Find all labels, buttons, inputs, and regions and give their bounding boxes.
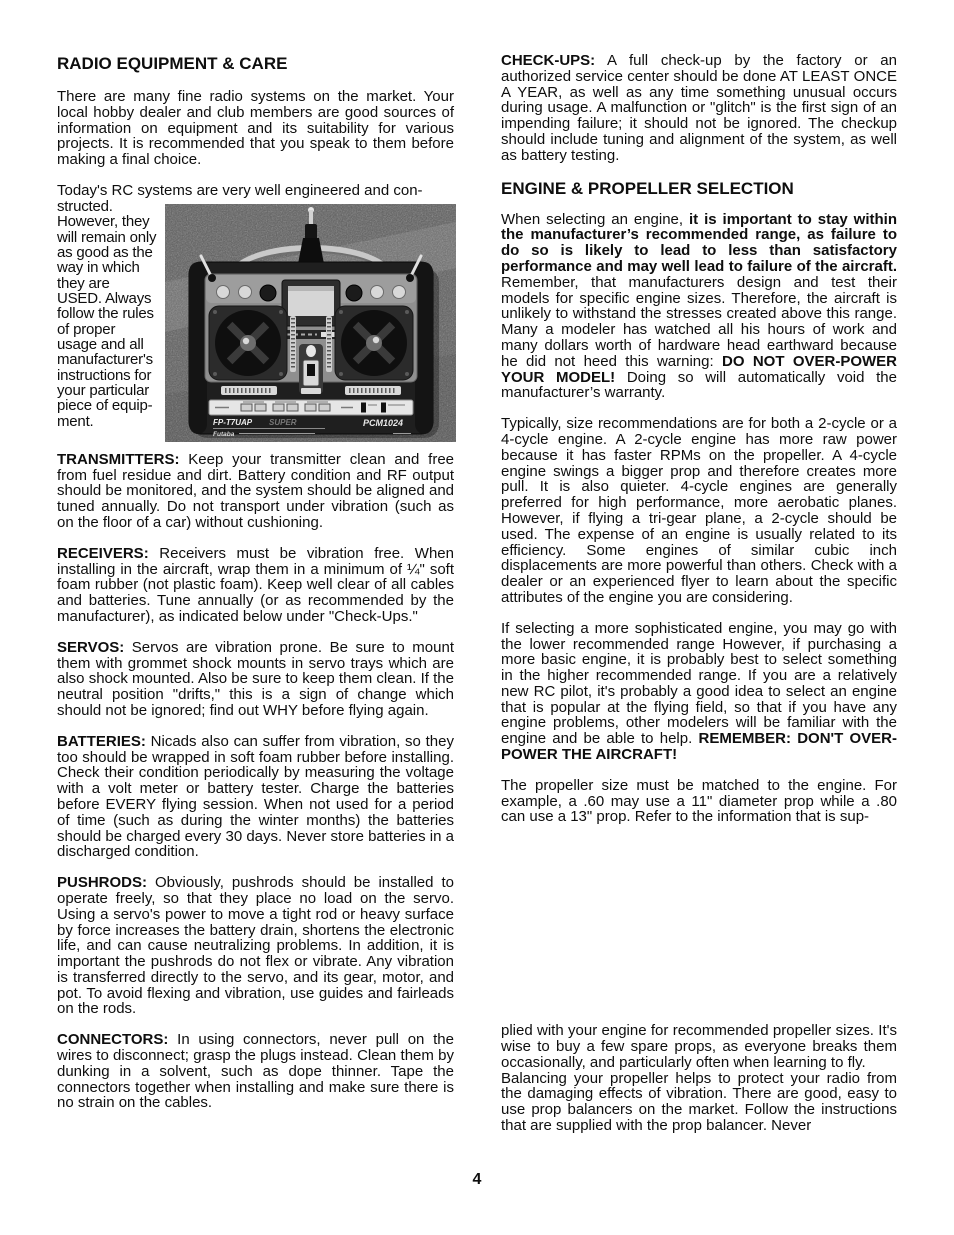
transmitter-variant-label: SUPER — [269, 418, 297, 427]
paragraph-cycle-recommendations: Typically, size recommendations are for … — [501, 416, 897, 606]
transmitter-model-label: FP-T7UAP — [213, 418, 253, 427]
engine-p1-normal1: When selecting an engine, — [501, 211, 689, 228]
document-page: RADIO EQUIPMENT & CARE There are many fi… — [0, 0, 954, 1235]
paragraph-radio-intro: There are many fine radio systems on the… — [57, 89, 454, 168]
page-number: 4 — [0, 1171, 954, 1189]
paragraph-today-line1: Today's RC systems are very well enginee… — [57, 183, 454, 199]
checkups-text: A full check-up by the factory or an aut… — [501, 52, 897, 164]
paragraph-propeller-size: The propeller size must be matched to th… — [501, 778, 897, 825]
servos-label: SERVOS: — [57, 639, 124, 656]
transmitter-brand-label: Futaba — [213, 431, 235, 438]
transmitter-system-label: PCM1024 — [363, 418, 403, 428]
checkups-label: CHECK-UPS: — [501, 52, 595, 69]
engine-p3-normal1: If selecting a more sophisticated engine… — [501, 620, 897, 748]
paragraph-batteries: BATTERIES: Nicads also can suffer from v… — [57, 734, 454, 860]
right-column: CHECK-UPS: A full check-up by the factor… — [501, 53, 897, 1134]
batteries-text: Nicads also can suffer from vibration, s… — [57, 733, 454, 861]
paragraph-today-wrap: structed. However, they will remain only… — [57, 199, 167, 429]
paragraph-pushrods: PUSHRODS: Obviously, pushrods should be … — [57, 875, 454, 1017]
paragraph-propeller-balancing: Balancing your propeller helps to protec… — [501, 1071, 897, 1134]
paragraph-engine-choice: If selecting a more sophisticated engine… — [501, 621, 897, 763]
paragraph-checkups: CHECK-UPS: A full check-up by the factor… — [501, 53, 897, 164]
transmitter-photo: FP-T7UAP SUPER PCM1024 Futaba — [165, 204, 456, 442]
paragraph-servos: SERVOS: Servos are vibration prone. Be s… — [57, 640, 454, 719]
paragraph-receivers: RECEIVERS: Receivers must be vibration f… — [57, 546, 454, 625]
paragraph-engine-selection: When selecting an engine, it is importan… — [501, 212, 897, 402]
pushrods-text: Obviously, pushrods should be installed … — [57, 874, 454, 1017]
batteries-label: BATTERIES: — [57, 733, 146, 750]
section-heading-radio-equipment: RADIO EQUIPMENT & CARE — [57, 54, 454, 74]
receivers-label: RECEIVERS: — [57, 545, 149, 562]
paragraph-transmitters: TRANSMITTERS: Keep your transmitter clea… — [57, 452, 454, 531]
paragraph-connectors: CONNECTORS: In using connectors, never p… — [57, 1032, 454, 1111]
transmitters-label: TRANSMITTERS: — [57, 451, 180, 468]
pushrods-label: PUSHRODS: — [57, 874, 147, 891]
section-heading-engine-propeller: ENGINE & PROPELLER SELECTION — [501, 179, 897, 199]
connectors-label: CONNECTORS: — [57, 1031, 168, 1048]
paragraph-propeller-sizes: plied with your engine for recommended p… — [501, 1023, 897, 1070]
